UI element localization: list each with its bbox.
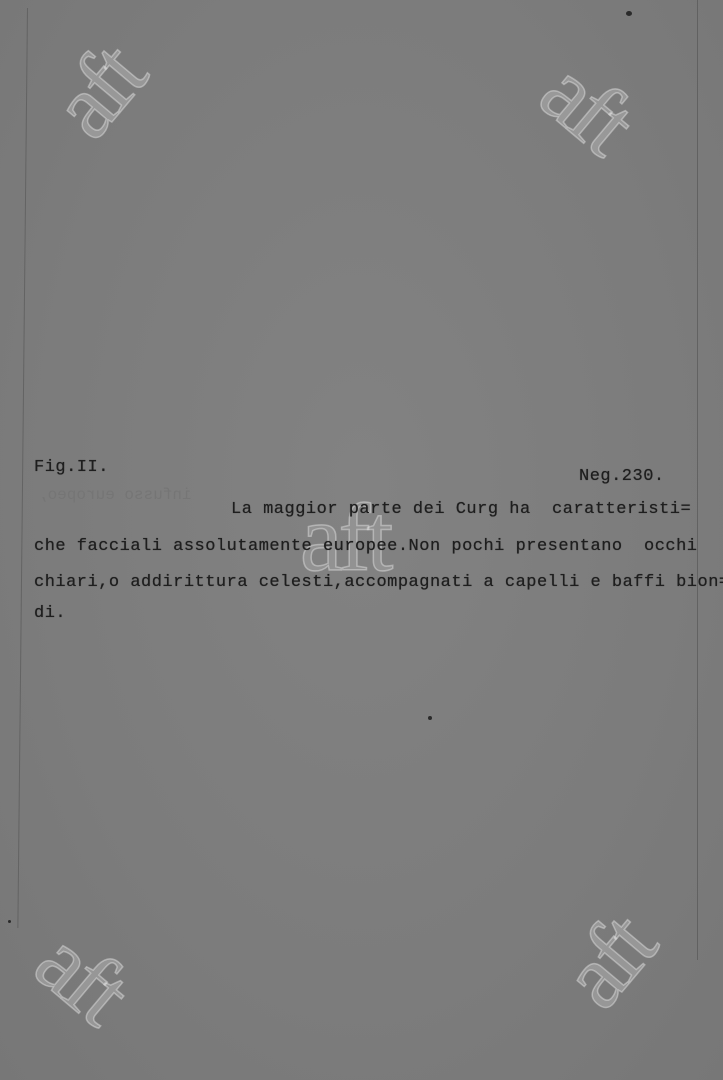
watermark-logo: aft — [525, 43, 649, 168]
dust-speck — [428, 716, 432, 720]
caption-line-1: La maggior parte dei Curg ha caratterist… — [231, 500, 691, 519]
caption-line-4: di. — [34, 604, 66, 623]
scanned-document-card: aft aft aft aft aft infusso europeo, Fig… — [0, 0, 723, 1080]
bleed-through-text: infusso europeo, — [38, 486, 192, 504]
left-card-edge — [17, 8, 28, 928]
dust-speck — [626, 11, 632, 16]
dust-speck — [8, 920, 11, 923]
caption-line-3: chiari,o addirittura celesti,accompagnat… — [34, 573, 723, 592]
watermark-logo: aft — [20, 913, 144, 1038]
negative-number: Neg.230. — [579, 467, 665, 486]
watermark-logo: aft — [35, 29, 160, 153]
caption-line-2: che facciali assolutamente europee.Non p… — [34, 537, 698, 556]
watermark-logo: aft — [545, 899, 670, 1023]
right-card-edge — [697, 0, 698, 960]
figure-label: Fig.II. — [34, 458, 109, 477]
